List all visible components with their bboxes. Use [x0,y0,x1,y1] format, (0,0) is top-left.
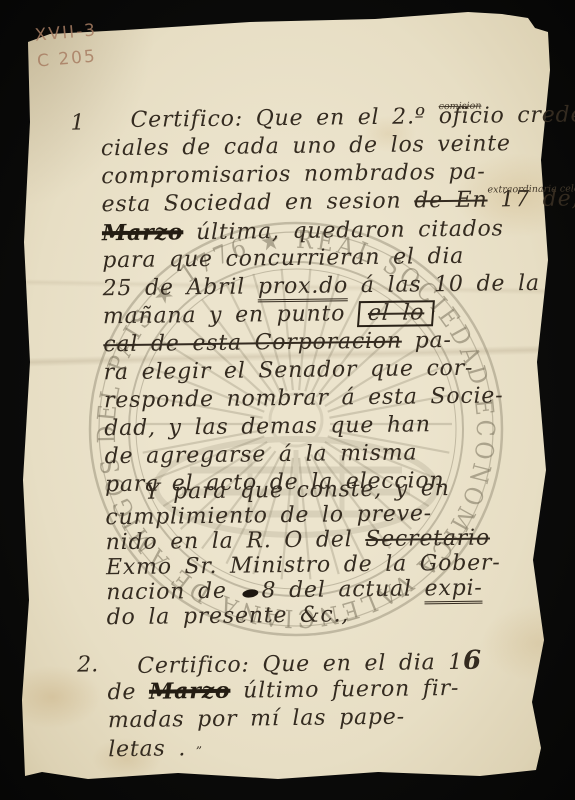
text-segment-text: responde nombrar á esta Socie- [104,383,504,413]
text-segment-small: ” [186,744,203,758]
text-segment-struck: Secretario [365,526,490,553]
text-segment-text: para que concurrieran el dia [102,244,464,273]
text-segment-text: mañana y en punto [103,301,358,329]
text-segment-text: nido en la R. O del [106,527,366,555]
text-segment-struck: de En [414,188,488,214]
text-segment-text: á las 10 de la [348,271,540,298]
manuscript-line: letas . ” [108,733,483,767]
text-segment-text: de [107,680,149,706]
paragraph-3: 2.Certifico: Que en el dia 16de Marzo úl… [107,646,483,767]
paragraph-1: 1Certifico: Que en el 2.º comisionoficio… [100,102,575,500]
manuscript-text: 1Certifico: Que en el 2.º comisionoficio… [0,0,575,800]
text-segment-blob [242,588,259,598]
text-segment-text: letas . [108,736,186,762]
text-segment-text: madas por mí las pape- [108,705,405,734]
text-segment-text: 25 de Abril [102,274,258,301]
manuscript-line: de Marzo último fueron fir- [107,675,482,709]
text-segment-text: Y para que conste, y en [145,476,450,505]
manuscript-line: nacion de 8 del actual expi- [106,575,501,605]
text-segment-text: ciales de cada uno de los veinte [101,131,511,161]
text-segment-text: ra elegir el Senador que cor- [104,356,474,386]
manuscript-line: madas por mí las pape- [108,704,483,738]
paragraph-2: Y para que conste, y encumplimiento de l… [105,475,501,630]
text-segment-struckbold: Marzo [102,219,184,246]
margin-number: 2. [77,652,98,677]
manuscript-line: do la presente &c., [106,600,501,630]
text-segment-text: dad, y las demas que han [104,412,431,441]
text-segment-struckbold: Marzo [149,678,231,705]
text-segment-text: do la presente &c., [106,602,349,630]
margin-number: 1 [70,110,84,135]
text-segment-text: pa- [402,328,452,354]
text-segment-underline: expi- [424,576,482,605]
manuscript-line: Certifico: Que en el dia 16 [107,646,482,680]
manuscript-line: Y para que conste, y en [105,475,500,505]
text-segment-text: nacion de [106,579,239,606]
text-segment-text: compromisarios nombrados pa- [101,160,486,190]
text-segment-text: último fueron fir- [230,676,459,704]
text-segment-text: 8 del actual [261,576,424,603]
text-segment-boldnum: 6 [463,646,482,676]
text-segment-underline: prox.do [258,273,349,302]
text-segment-boxed: el lo [357,300,435,327]
text-segment-text: Certifico: Que en el 2.º [130,104,438,133]
text-segment-struck: cal de esta Corporacion [103,329,402,358]
text-segment-text: de agregarse á la misma [105,440,418,469]
text-segment-text: última, quedaron citados [183,216,504,245]
text-segment-text: esta Sociedad en sesion [101,188,414,217]
